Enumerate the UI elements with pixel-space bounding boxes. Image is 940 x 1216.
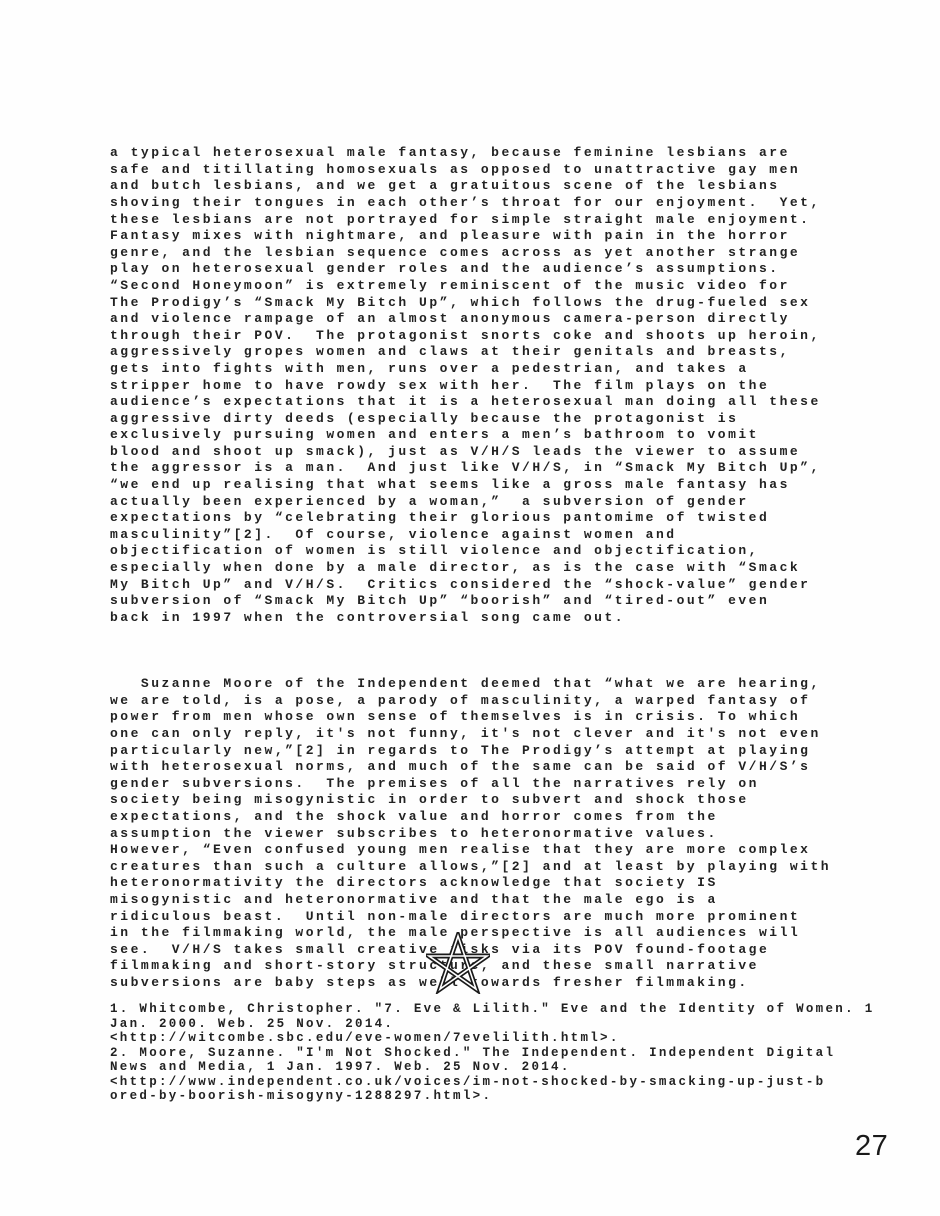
text-line: subversion of “Smack My Bitch Up” “boori… [110,593,870,610]
text-line: genre, and the lesbian sequence comes ac… [110,245,870,262]
footnote-line: 2. Moore, Suzanne. "I'm Not Shocked." Th… [110,1046,870,1061]
text-line: society being misogynistic in order to s… [110,792,870,809]
text-line: My Bitch Up” and V/H/S. Critics consider… [110,577,870,594]
footnote-line: <http://www.independent.co.uk/voices/im-… [110,1075,870,1090]
text-line: exclusively pursuing women and enters a … [110,427,870,444]
text-line: gets into fights with men, runs over a p… [110,361,870,378]
text-line: assumption the viewer subscribes to hete… [110,826,870,843]
text-line: heteronormativity the directors acknowle… [110,875,870,892]
text-line: aggressive dirty deeds (especially becau… [110,411,870,428]
text-line: a typical heterosexual male fantasy, bec… [110,145,870,162]
footnote-line: Jan. 2000. Web. 25 Nov. 2014. [110,1017,870,1032]
paragraph-1: a typical heterosexual male fantasy, bec… [110,145,870,626]
text-line: stripper home to have rowdy sex with her… [110,378,870,395]
document-page: a typical heterosexual male fantasy, bec… [0,0,940,1216]
text-line: with heterosexual norms, and much of the… [110,759,870,776]
text-line: the aggressor is a man. And just like V/… [110,460,870,477]
body-text: a typical heterosexual male fantasy, bec… [110,112,870,1025]
text-line: and violence rampage of an almost anonym… [110,311,870,328]
text-line: and butch lesbians, and we get a gratuit… [110,178,870,195]
text-line: However, “Even confused young men realis… [110,842,870,859]
text-line: The Prodigy’s “Smack My Bitch Up”, which… [110,295,870,312]
footnote-line: 1. Whitcombe, Christopher. "7. Eve & Lil… [110,1002,870,1017]
text-line: expectations, and the shock value and ho… [110,809,870,826]
paragraph-2: Suzanne Moore of the Independent deemed … [110,676,870,991]
text-line: see. V/H/S takes small creative risks vi… [110,942,870,959]
text-line: Suzanne Moore of the Independent deemed … [110,676,870,693]
text-line: “we end up realising that what seems lik… [110,477,870,494]
footnote-line: <http://witcombe.sbc.edu/eve-women/7evel… [110,1031,870,1046]
text-line: safe and titillating homosexuals as oppo… [110,162,870,179]
text-line: creatures than such a culture allows,”[2… [110,859,870,876]
text-line: audience’s expectations that it is a het… [110,394,870,411]
text-line: shoving their tongues in each other’s th… [110,195,870,212]
text-line: masculinity”[2]. Of course, violence aga… [110,527,870,544]
text-line: we are told, is a pose, a parody of masc… [110,693,870,710]
text-line: in the filmmaking world, the male perspe… [110,925,870,942]
text-line: expectations by “celebrating their glori… [110,510,870,527]
page-number: 27 [855,1130,888,1163]
text-line: aggressively gropes women and claws at t… [110,344,870,361]
text-line: particularly new,”[2] in regards to The … [110,743,870,760]
text-line: filmmaking and short-story structure, an… [110,958,870,975]
text-line: play on heterosexual gender roles and th… [110,261,870,278]
text-line: objectification of women is still violen… [110,543,870,560]
text-line: gender subversions. The premises of all … [110,776,870,793]
text-line: subversions are baby steps as well towar… [110,975,870,992]
text-line: Fantasy mixes with nightmare, and pleasu… [110,228,870,245]
text-line: especially when done by a male director,… [110,560,870,577]
text-line: power from men whose own sense of themse… [110,709,870,726]
text-line: misogynistic and heteronormative and tha… [110,892,870,909]
text-line: these lesbians are not portrayed for sim… [110,212,870,229]
text-line: one can only reply, it's not funny, it's… [110,726,870,743]
text-line: blood and shoot up smack), just as V/H/S… [110,444,870,461]
text-line: “Second Honeymoon” is extremely reminisc… [110,278,870,295]
pentagram-icon [426,932,490,994]
text-line: through their POV. The protagonist snort… [110,328,870,345]
footnotes: 1. Whitcombe, Christopher. "7. Eve & Lil… [110,1002,870,1104]
footnote-line: News and Media, 1 Jan. 1997. Web. 25 Nov… [110,1060,870,1075]
text-line: back in 1997 when the controversial song… [110,610,870,627]
text-line: actually been experienced by a woman,” a… [110,494,870,511]
footnote-line: ored-by-boorish-misogyny-1288297.html>. [110,1089,870,1104]
text-line: ridiculous beast. Until non-male directo… [110,909,870,926]
